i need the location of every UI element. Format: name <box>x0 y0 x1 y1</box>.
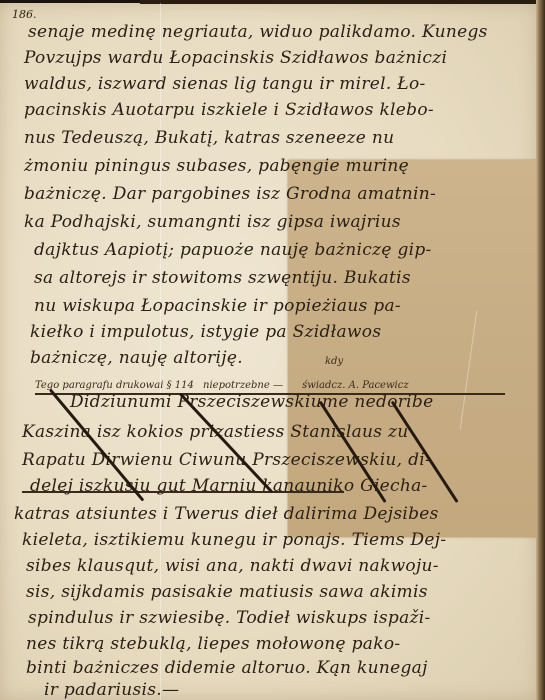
text-line: waldus, iszward sienas lig tangu ir mire… <box>24 74 426 94</box>
text-line: żmoniu piningus subases, pabęngie murinę <box>24 156 409 176</box>
text-line: sis, sijkdamis pasisakie matiusis sawa a… <box>26 582 428 602</box>
text-line: nu wiskupa Łopacinskie ir popieżiaus pa- <box>34 296 401 316</box>
text-line: katras atsiuntes i Twerus dieł dalirima … <box>14 504 439 524</box>
page-number: 186. <box>12 8 37 21</box>
annotation-middle: niepotrzebne — <box>203 380 283 391</box>
text-line: sibes klausqut, wisi ana, nakti dwavi na… <box>26 556 439 576</box>
text-line: ir padariusis.— <box>44 680 179 700</box>
text-line: ka Podhajski, sumangnti isz gipsa iwajri… <box>24 212 401 232</box>
text-line: kiełko i impulotus, istygie pa Szidławos <box>30 322 381 342</box>
text-line: binti bażniczes didemie altoruo. Kąn kun… <box>26 658 428 678</box>
text-line: senaje medinę negriauta, widuo palikdamo… <box>28 22 488 42</box>
text-line: pacinskis Auotarpu iszkiele i Szidławos … <box>24 100 434 120</box>
text-line: sa altorejs ir stowitoms szwęntiju. Buka… <box>34 268 411 288</box>
text-line: spindulus ir szwiesibę. Todieł wiskups i… <box>28 608 431 628</box>
annotation-left: Tego paragrafu drukowai § 114 <box>35 380 194 391</box>
manuscript-text: 186. senaje medinę negriauta, widuo pali… <box>0 0 545 700</box>
struck-block-underline <box>22 491 344 493</box>
interlinear-insertion: kdy <box>325 356 343 367</box>
text-line: bażniczę, nauję altoriję. <box>30 348 243 368</box>
annotation-right: świadcz. A. Pacewicz <box>302 380 408 391</box>
marginal-annotation: Tego paragrafu drukowai § 114 niepotrzeb… <box>35 380 409 391</box>
text-line: nus Tedeuszą, Bukatį, katras szeneeze nu <box>24 128 394 148</box>
text-line: nes tikrą stebuklą, liepes mołowonę pako… <box>26 634 400 654</box>
text-line: bażniczę. Dar pargobines isz Grodna amat… <box>24 184 436 204</box>
text-line: kieleta, isztikiemu kunegu ir ponajs. Ti… <box>22 530 446 550</box>
struck-line: Didziunumi Prszeciszewskiume nedoribe <box>70 392 433 412</box>
struck-line: Rapatu Dirwienu Ciwunu Prszeciszewskiu, … <box>22 450 431 470</box>
text-line: dajktus Aapiotį; papuoże nauję bażniczę … <box>34 240 432 260</box>
text-line: Povzujps wardu Łopacinskis Szidławos baż… <box>24 48 447 68</box>
